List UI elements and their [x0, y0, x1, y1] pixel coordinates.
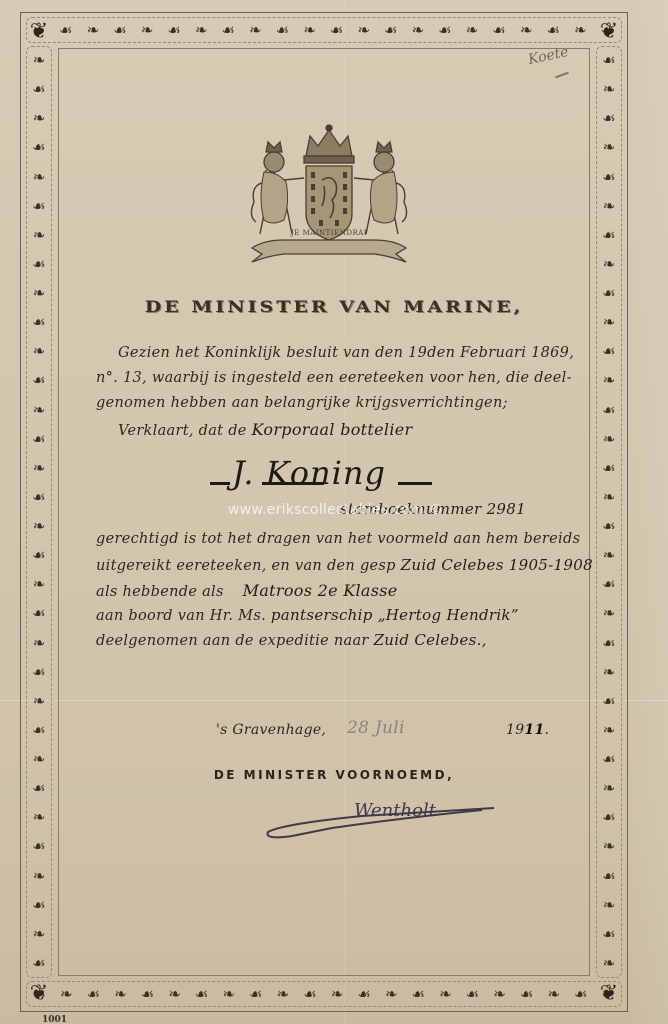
signature-name: Wentholt: [354, 800, 436, 821]
border-band-left: ❧ ☙ ❧ ☙ ❧ ☙ ❧ ☙ ❧ ☙ ❧ ☙ ❧ ☙ ❧ ☙ ❧ ☙ ❧ ☙ …: [24, 46, 54, 978]
lace-trim: [596, 46, 622, 978]
body-line-3: genomen hebben aan belangrijke krijgsver…: [96, 395, 508, 411]
year-text: 1911.: [506, 722, 549, 738]
coat-of-arms-icon: JE MAINTIENDRAI: [244, 122, 414, 267]
minister-signature: Wentholt: [262, 796, 502, 846]
year-printed-prefix: 19: [506, 722, 524, 738]
paper-edge-shadow: [628, 0, 668, 1024]
clasp-text: uitgereikt eereteeken, en van den gesp: [96, 558, 396, 574]
rank-handwritten: Korporaal bottelier: [252, 420, 413, 439]
name-rule-right: [398, 482, 432, 485]
corner-flourish-icon: ❦: [592, 976, 626, 1010]
lace-trim: [26, 46, 52, 978]
ship-name-handwritten: pantserschip „Hertog Hendrik”: [271, 606, 519, 624]
year-period: .: [545, 722, 550, 738]
body-line-9: deelgenomen aan de expeditie naar Zuid C…: [96, 631, 487, 649]
certificate-page: ❧ ☙ ❧ ☙ ❧ ☙ ❧ ☙ ❧ ☙ ❧ ☙ ❧ ☙ ❧ ☙ ❧ ☙ ❧ ☙ …: [0, 0, 668, 1024]
lace-trim: [26, 981, 622, 1007]
body-line-2: n°. 13, waarbij is ingesteld een eeretee…: [96, 370, 572, 386]
body-line-7: als hebbende als Matroos 2e Klasse: [96, 581, 398, 600]
body-line-5: gerechtigd is tot het dragen van het voo…: [96, 531, 580, 547]
body-line-4: Verklaart, dat de Korporaal bottelier: [118, 420, 412, 439]
body-line-6: uitgereikt eereteeken, en van den gesp Z…: [96, 556, 593, 574]
border-band-top: ❧ ☙ ❧ ☙ ❧ ☙ ❧ ☙ ❧ ☙ ❧ ☙ ❧ ☙ ❧ ☙ ❧ ☙ ❧ ☙ …: [26, 15, 622, 45]
footer-number: 1001: [42, 1015, 67, 1024]
recipient-name-block: J. Koning: [210, 460, 450, 500]
declares-text: Verklaart, dat de: [118, 423, 247, 439]
coat-of-arms-motto: JE MAINTIENDRAI: [288, 226, 370, 240]
rank-prefix-text: als hebbende als: [96, 584, 224, 600]
border-band-right: ☙ ❧ ☙ ❧ ☙ ❧ ☙ ❧ ☙ ❧ ☙ ❧ ☙ ❧ ☙ ❧ ☙ ❧ ☙ ❧ …: [594, 46, 624, 978]
minister-signature-title: DE MINISTER VOORNOEMD,: [0, 768, 668, 782]
body-line-8: aan boord van Hr. Ms. pantserschip „Hert…: [96, 606, 519, 624]
place-text: 's Gravenhage,: [216, 722, 326, 738]
clasp-handwritten: Zuid Celebes 1905-1908: [401, 556, 593, 574]
corner-flourish-icon: ❦: [22, 14, 56, 48]
date-handwritten: 28 Juli: [347, 718, 405, 738]
expedition-prefix-text: deelgenomen aan de expeditie naar: [96, 633, 369, 649]
year-handwritten: 11: [524, 722, 544, 738]
ship-prefix-text: aan boord van Hr. Ms.: [96, 608, 266, 624]
recipient-name: J. Koning: [232, 454, 386, 492]
watermark-text: www.erikscollectables.com ©: [228, 502, 443, 518]
corner-flourish-icon: ❦: [592, 14, 626, 48]
body-line-1: Gezien het Koninklijk besluit van den 19…: [118, 345, 574, 361]
certificate-heading: DE MINISTER VAN MARINE,: [0, 298, 668, 317]
name-rule-left: [210, 482, 230, 485]
border-band-bottom: ☙ ❧ ☙ ❧ ☙ ❧ ☙ ❧ ☙ ❧ ☙ ❧ ☙ ❧ ☙ ❧ ☙ ❧ ☙ ❧ …: [26, 979, 622, 1009]
expedition-handwritten: Zuid Celebes.,: [374, 631, 487, 649]
corner-flourish-icon: ❦: [22, 976, 56, 1010]
lace-trim: [26, 17, 622, 43]
coat-of-arms: JE MAINTIENDRAI: [244, 122, 414, 267]
rank-at-time-handwritten: Matroos 2e Klasse: [243, 581, 398, 600]
